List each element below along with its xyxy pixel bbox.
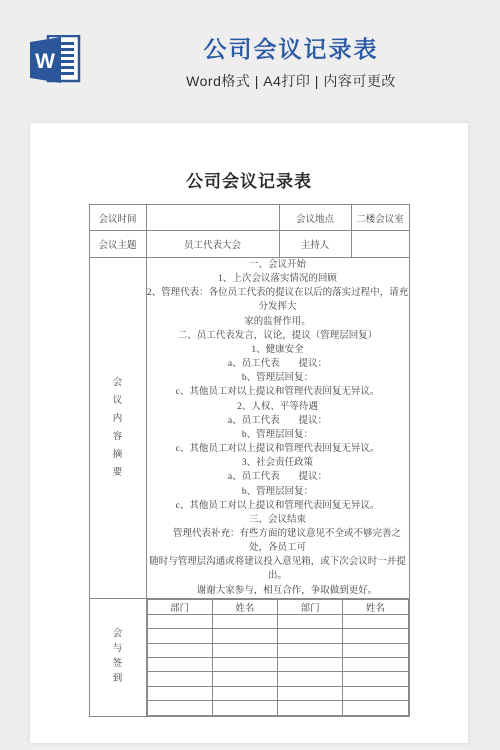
- meeting-topic-value: 员工代表大会: [146, 231, 279, 258]
- signin-empty-cell: [343, 658, 408, 672]
- signin-empty-cell: [343, 672, 408, 686]
- signin-empty-cell: [343, 686, 408, 700]
- summary-line: a、员工代表 提议：: [147, 357, 409, 371]
- signin-col-name-1: 姓名: [212, 599, 277, 614]
- signin-empty-cell: [147, 658, 212, 672]
- summary-line: 2、人权、平等待遇: [147, 400, 409, 414]
- summary-line: 二、员工代表发言，议论，提议（管理层回复）: [147, 329, 409, 343]
- preview-header: W 公司会议记录表 Word格式 | A4打印 | 内容可更改: [0, 0, 500, 118]
- summary-content-cell: 一、会议开始1、上次会议落实情况的回顾2、管理代表：各位员工代表的提议在以后的落…: [146, 258, 409, 599]
- signin-header-row: 部门 姓名 部门 姓名: [147, 599, 408, 614]
- summary-line: c、其他员工对以上提议和管理代表回复无异议。: [147, 499, 409, 513]
- signin-empty-row: [147, 629, 408, 643]
- signin-empty-cell: [343, 629, 408, 643]
- table-row: 会议内容摘要 一、会议开始1、上次会议落实情况的回顾2、管理代表：各位员工代表的…: [89, 258, 409, 599]
- signin-empty-cell: [212, 686, 277, 700]
- signin-empty-row: [147, 658, 408, 672]
- meeting-time-value: [146, 205, 279, 231]
- signin-empty-cell: [147, 614, 212, 628]
- signin-empty-cell: [278, 701, 343, 715]
- summary-line: a、员工代表 提议：: [147, 414, 409, 428]
- summary-line: 1、健康安全: [147, 343, 409, 357]
- signin-table-cell: 部门 姓名 部门 姓名: [146, 598, 409, 716]
- signin-empty-cell: [212, 672, 277, 686]
- table-row: 会与签到 部门 姓名 部门 姓名: [89, 598, 409, 716]
- summary-label-cell: 会议内容摘要: [89, 258, 146, 599]
- signin-empty-cell: [147, 686, 212, 700]
- signin-empty-cell: [343, 701, 408, 715]
- signin-col-dept-2: 部门: [278, 599, 343, 614]
- header-text-block: 公司会议记录表 Word格式 | A4打印 | 内容可更改: [82, 31, 500, 91]
- signin-empty-cell: [212, 643, 277, 657]
- signin-empty-row: [147, 643, 408, 657]
- meeting-record-table: 会议时间 会议地点 二楼会议室 会议主题 员工代表大会 主持人 会议内容摘要 一…: [89, 204, 410, 717]
- summary-line: 管理代表补充：有些方面的建议意见不全或不够完善之处，各员工可: [147, 527, 409, 555]
- meeting-host-value: [351, 231, 409, 258]
- signin-empty-cell: [278, 629, 343, 643]
- summary-line: c、其他员工对以上提议和管理代表回复无异议。: [147, 385, 409, 399]
- signin-empty-cell: [212, 701, 277, 715]
- summary-line: 三、会议结束: [147, 513, 409, 527]
- summary-lines: 一、会议开始1、上次会议落实情况的回顾2、管理代表：各位员工代表的提议在以后的落…: [147, 258, 409, 598]
- meeting-host-label: 主持人: [279, 231, 351, 258]
- signin-empty-cell: [147, 643, 212, 657]
- signin-empty-row: [147, 701, 408, 715]
- signin-empty-cell: [278, 672, 343, 686]
- summary-line: 随时与管理层沟通或将建议投入意见箱，或下次会议时一并提出。: [147, 555, 409, 583]
- meeting-time-label: 会议时间: [89, 205, 146, 231]
- signin-empty-cell: [343, 643, 408, 657]
- table-row: 会议主题 员工代表大会 主持人: [89, 231, 409, 258]
- svg-text:W: W: [35, 50, 55, 73]
- signin-empty-cell: [212, 614, 277, 628]
- summary-line: 谢谢大家参与，相互合作，争取做到更好。: [147, 584, 409, 598]
- summary-line: 2、管理代表：各位员工代表的提议在以后的落实过程中，请充分发挥大: [147, 286, 409, 314]
- meeting-place-value: 二楼会议室: [351, 205, 409, 231]
- signin-empty-cell: [212, 629, 277, 643]
- summary-line: 1、上次会议落实情况的回顾: [147, 272, 409, 286]
- signin-empty-cell: [147, 701, 212, 715]
- summary-line: 3、社会责任政策: [147, 456, 409, 470]
- signin-body: [147, 614, 408, 715]
- template-subtitle: Word格式 | A4打印 | 内容可更改: [186, 71, 396, 91]
- summary-line: a、员工代表 提议：: [147, 470, 409, 484]
- signin-empty-cell: [278, 658, 343, 672]
- summary-line: 家的监督作用。: [147, 315, 409, 329]
- meeting-topic-label: 会议主题: [89, 231, 146, 258]
- signin-table: 部门 姓名 部门 姓名: [147, 599, 409, 716]
- signin-empty-cell: [343, 614, 408, 628]
- summary-line: b、管理层回复：: [147, 428, 409, 442]
- signin-empty-cell: [212, 658, 277, 672]
- signin-empty-row: [147, 672, 408, 686]
- signin-empty-cell: [147, 629, 212, 643]
- signin-vertical-label: 会与签到: [113, 627, 123, 687]
- table-row: 会议时间 会议地点 二楼会议室: [89, 205, 409, 231]
- signin-empty-cell: [278, 614, 343, 628]
- signin-empty-cell: [278, 643, 343, 657]
- signin-empty-cell: [147, 672, 212, 686]
- document-title: 公司会议记录表: [30, 167, 468, 192]
- signin-empty-cell: [278, 686, 343, 700]
- summary-line: 一、会议开始: [147, 258, 409, 272]
- signin-col-dept-1: 部门: [147, 599, 212, 614]
- document-page: 公司会议记录表 会议时间 会议地点 二楼会议室 会议主题 员工代表大会 主持人 …: [30, 123, 468, 743]
- summary-vertical-label: 会议内容摘要: [113, 374, 123, 482]
- template-title: 公司会议记录表: [204, 31, 379, 64]
- meeting-place-label: 会议地点: [279, 205, 351, 231]
- word-logo-icon: W: [28, 35, 82, 85]
- signin-label-cell: 会与签到: [89, 598, 146, 716]
- signin-col-name-2: 姓名: [343, 599, 408, 614]
- summary-line: b、管理层回复：: [147, 371, 409, 385]
- signin-empty-row: [147, 686, 408, 700]
- summary-line: b、管理层回复：: [147, 485, 409, 499]
- signin-empty-row: [147, 614, 408, 628]
- summary-line: c、其他员工对以上提议和管理代表回复无异议。: [147, 442, 409, 456]
